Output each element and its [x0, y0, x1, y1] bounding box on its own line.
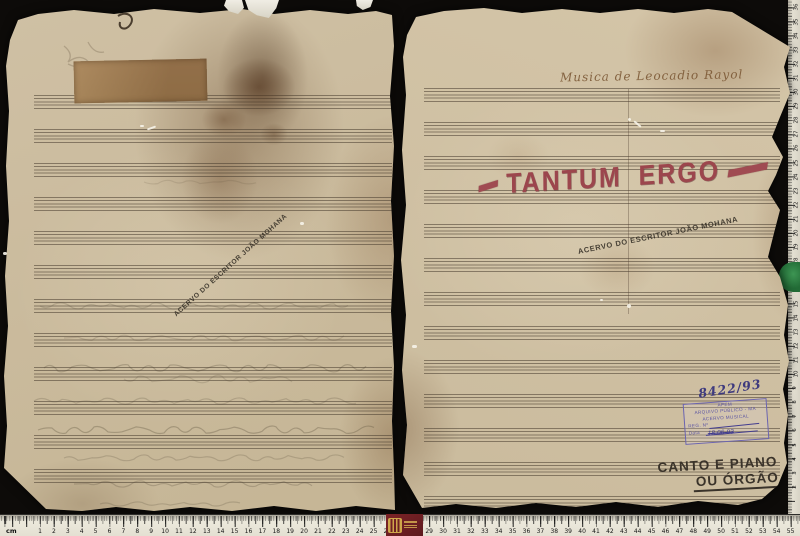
staff-lines: [424, 360, 780, 374]
ruler-number: 37: [537, 528, 545, 535]
ruler-number: 47: [676, 528, 684, 535]
ruler-number: 40: [578, 528, 586, 535]
ruler-number: 23: [342, 528, 350, 535]
ruler-number: 52: [745, 528, 753, 535]
accession-stamp: APEM ARQUIVO PÚBLICO - MA ACERVO MUSICAL…: [683, 398, 770, 445]
staff-lines: [424, 258, 780, 272]
ruler-number: 22: [794, 201, 800, 208]
ruler-number: 21: [314, 528, 322, 535]
ruler-number: 51: [731, 528, 739, 535]
staff-lines: [424, 496, 780, 510]
ruler-number: 14: [794, 314, 800, 321]
staff-lines: [424, 88, 780, 102]
ruler-number: 35: [509, 528, 517, 535]
ruler-number: 22: [328, 528, 336, 535]
ruler-number: 54: [773, 528, 781, 535]
archive-logo-badge: [386, 514, 423, 536]
page-left: ACERVO DO ESCRITOR JOÃO MOHANA: [4, 6, 396, 514]
ruler-number: 29: [425, 528, 433, 535]
ruler-number: 10: [161, 528, 169, 535]
paper-speck: [3, 252, 7, 255]
ruler-number: 20: [300, 528, 308, 535]
ruler-number: 53: [759, 528, 767, 535]
paper-speck: [140, 125, 144, 127]
ruler-number: 46: [662, 528, 670, 535]
ruler-number: 26: [794, 145, 800, 152]
ruler-number: 3: [66, 528, 70, 535]
ruler-number: 38: [550, 528, 558, 535]
attribution-handwriting: Musica de Leocadio Rayol: [560, 68, 730, 85]
ruler-number: 25: [794, 159, 800, 166]
ruler-number: 11: [794, 356, 800, 363]
ruler-number: 25: [370, 528, 378, 535]
ruler-number: 17: [259, 528, 267, 535]
ruler-number: 33: [481, 528, 489, 535]
ruler-number: 20: [794, 230, 800, 237]
title-dash-left: [479, 180, 498, 192]
ruler-number: 8: [135, 528, 139, 535]
ruler-number: 9: [149, 528, 153, 535]
ruler-number: 30: [439, 528, 447, 535]
instrumentation-line2: OU ÓRGÃO: [693, 470, 781, 493]
ruler-number: 19: [286, 528, 294, 535]
paper-speck: [628, 118, 631, 121]
ruler-number: 32: [794, 60, 800, 67]
crease-line: [628, 89, 629, 314]
ruler-number: 36: [794, 4, 800, 11]
ruler-number: 24: [794, 173, 800, 180]
ruler-number: 12: [794, 342, 800, 349]
ruler-number: 42: [606, 528, 614, 535]
ruler-number: 2: [52, 528, 56, 535]
ruler-number: 24: [356, 528, 364, 535]
ruler-number: 32: [467, 528, 475, 535]
ruler-number: 31: [794, 74, 800, 81]
ruler-number: 39: [564, 528, 572, 535]
ruler-number: 48: [689, 528, 697, 535]
ruler-number: 34: [794, 32, 800, 39]
ruler-number: 49: [703, 528, 711, 535]
archive-logo-text: [404, 521, 417, 529]
title-dash-right: [728, 162, 768, 177]
ruler-number: 16: [245, 528, 253, 535]
ruler-number: 12: [189, 528, 197, 535]
ruler-number: 6: [108, 528, 112, 535]
staff-lines: [424, 326, 780, 340]
ruler-number: 43: [620, 528, 628, 535]
staff-lines: [424, 122, 780, 136]
ruler-number: 35: [794, 18, 800, 25]
ruler-number: 15: [794, 300, 800, 307]
ruler-number: 5: [94, 528, 98, 535]
page-right-paper: Musica de Leocadio Rayol TANTUM ERGO ACE…: [400, 5, 794, 510]
ruler-number: 10: [794, 371, 800, 378]
instrumentation-note: CANTO E PIANO OU ÓRGÃO: [651, 454, 785, 495]
ruler-number: 50: [717, 528, 725, 535]
page-left-paper: ACERVO DO ESCRITOR JOÃO MOHANA: [4, 6, 396, 514]
ruler-number: 4: [80, 528, 84, 535]
ruler-number: 36: [523, 528, 531, 535]
ruler-number: 11: [175, 528, 183, 535]
ruler-number: 33: [794, 46, 800, 53]
ruler-number: 55: [787, 528, 795, 535]
ruler-number: 19: [794, 244, 800, 251]
paper-speck: [412, 345, 417, 348]
ruler-number: 34: [495, 528, 503, 535]
ruler-number: 44: [634, 528, 642, 535]
ruler-number: 13: [203, 528, 211, 535]
paper-speck: [600, 299, 603, 301]
ruler-unit-label: cm: [6, 527, 17, 535]
staff-lines: [424, 224, 780, 238]
ruler-number: 14: [217, 528, 225, 535]
ruler-number: 21: [794, 215, 800, 222]
ruler-number: 29: [794, 103, 800, 110]
ruler-number: 23: [794, 187, 800, 194]
ruler-number: 28: [794, 117, 800, 124]
ruler-number: 31: [453, 528, 461, 535]
ruler-number: 27: [794, 131, 800, 138]
paper-speck: [300, 222, 304, 225]
ink-stain: [174, 48, 299, 163]
ruler-number: 41: [592, 528, 600, 535]
page-right: Musica de Leocadio Rayol TANTUM ERGO ACE…: [400, 5, 794, 510]
ruler-number: 7: [121, 528, 125, 535]
ruler-number: 15: [231, 528, 239, 535]
paper-speck: [660, 130, 665, 132]
archive-emblem-icon: [388, 518, 402, 533]
ruler-number: 18: [272, 528, 280, 535]
scanned-manuscript: 2345678910111213141516171819202122232425…: [0, 0, 800, 536]
ruler-number: 13: [794, 328, 800, 335]
ruler-number: 1: [38, 528, 42, 535]
ruler-number: 30: [794, 89, 800, 96]
ruler-number: 45: [648, 528, 656, 535]
paper-speck: [627, 304, 631, 308]
